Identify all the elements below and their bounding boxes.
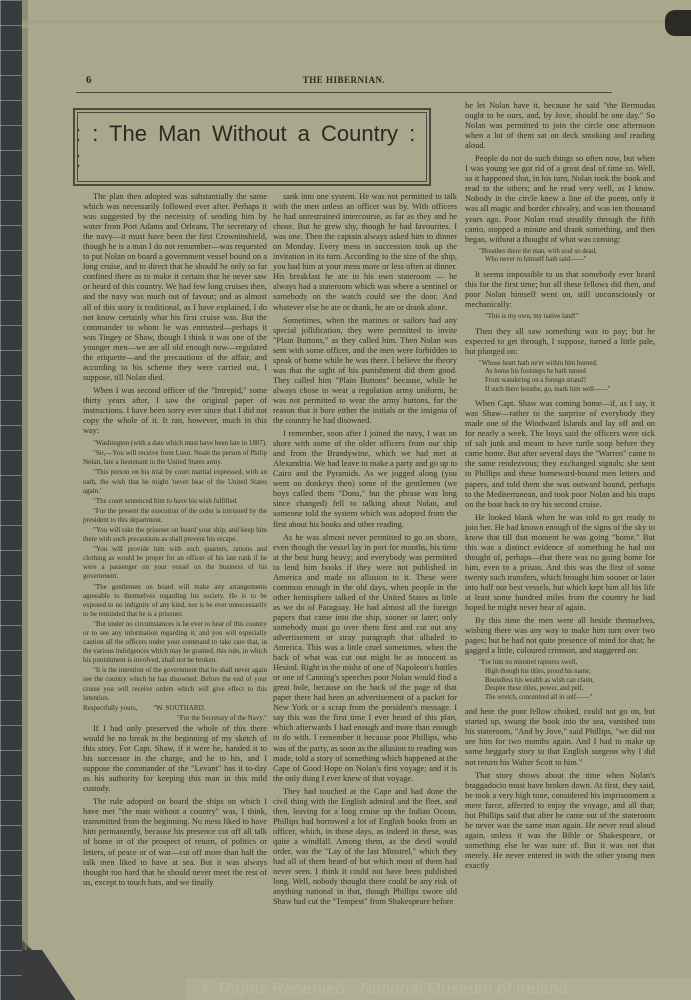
paragraph: I remember, soon after I joined the navy… <box>273 429 457 529</box>
paragraph: he let Nolan have it, because he said "t… <box>465 101 655 151</box>
column-2: sank into one system. He was not permitt… <box>273 192 457 910</box>
paragraph: He looked blank when he was told to get … <box>465 513 655 613</box>
verse-line: Boundless his wealth as wish can claim, <box>479 677 655 686</box>
page-binding-edge <box>22 0 28 950</box>
paragraph: sank into one system. He was not permitt… <box>273 192 457 313</box>
paragraph: By this time the men were all beside the… <box>465 616 655 656</box>
letter-date: "Washington (with a date which must have… <box>83 439 267 448</box>
article-title-box: : : The Man Without a Country : : <box>73 108 431 186</box>
letter-signature-title: "For the Secretary of the Navy." <box>83 714 267 723</box>
paragraph: and here the poor fellow choked, could n… <box>465 707 655 767</box>
verse-quote: "Whose heart hath ne'er within him burne… <box>479 360 655 394</box>
column-1: The plan then adopted was substantially … <box>83 192 267 891</box>
paragraph: Sometimes, when the marines or sailors h… <box>273 316 457 427</box>
letter-paragraph: "You will take the prisoner on board you… <box>83 526 267 544</box>
letter-paragraph: "The court sentenced him to have his wis… <box>83 497 267 506</box>
verse-line: If such there breathe, go, mark him well… <box>479 386 655 395</box>
verse-line: Who never to himself hath said——" <box>479 256 655 265</box>
publication-title: THE HIBERNIAN. <box>76 75 612 85</box>
running-header: 6 THE HIBERNIAN. <box>76 72 612 93</box>
paragraph: If I had only preserved the whole of thi… <box>83 724 267 794</box>
paragraph: It seems impossible to us that somebody … <box>465 270 655 310</box>
paragraph: Then they all saw something was to pay; … <box>465 327 655 357</box>
verse-line: The wretch, concentred all in self——" <box>479 694 655 703</box>
instructions-letter: "Washington (with a date which must have… <box>83 439 267 723</box>
page-fold <box>22 20 691 28</box>
paragraph: They had touched at the Cape and had don… <box>273 787 457 908</box>
letter-paragraph: "For the present the execution of the or… <box>83 507 267 525</box>
paragraph: When Capt. Shaw was coming home—if, as I… <box>465 399 655 510</box>
letter-paragraph: "You will provide him with such quarters… <box>83 545 267 581</box>
verse-line: "Breathes there the man, with soul so de… <box>479 248 655 257</box>
letter-paragraph: "It is the intention of the government t… <box>83 666 267 702</box>
verse-line: High though his titles, proud his name, <box>479 668 655 677</box>
verse-line: Despite these titles, power, and pelf, <box>479 685 655 694</box>
letter-signature: "W. SOUTHARD. <box>153 704 205 712</box>
paragraph: That story shows about the time when Nol… <box>465 771 655 871</box>
column-3: he let Nolan have it, because he said "t… <box>465 101 655 874</box>
letter-closing: Respectfully yours, "W. SOUTHARD. <box>83 704 267 713</box>
letter-paragraph: "This person on his trial by court marti… <box>83 468 267 495</box>
verse-line: "Whose heart hath ne'er within him burne… <box>479 360 655 369</box>
article-title: : : The Man Without a Country : : <box>75 121 429 173</box>
letter-paragraph: "But under no circumstances is he ever t… <box>83 620 267 665</box>
paragraph: The plan then adopted was substantially … <box>83 192 267 383</box>
letter-paragraph: "The gentlemen on board will make any ar… <box>83 583 267 619</box>
verse-quote: "This is my own, my native land!" <box>479 313 655 322</box>
verse-quote: "Breathes there the man, with soul so de… <box>479 248 655 265</box>
paragraph: When I was second officer of the "Intrep… <box>83 386 267 436</box>
paragraph: The rule adopted on board the ships on w… <box>83 797 267 887</box>
verse-line: "This is my own, my native land!" <box>479 313 655 322</box>
copyright-watermark: © Rights Reserved - National Museum of I… <box>186 978 691 1000</box>
page-tab-fragment <box>665 10 691 36</box>
verse-quote: "For him no minstrel raptures swell, Hig… <box>479 659 655 702</box>
letter-paragraph: "Sir,—You will receive from Lieut. Neale… <box>83 449 267 467</box>
verse-line: "For him no minstrel raptures swell, <box>479 659 655 668</box>
verse-line: As home his footsteps he hath turned <box>479 368 655 377</box>
verse-line: From wandering on a foreign strand? <box>479 377 655 386</box>
paragraph: People do not do such things so often no… <box>465 154 655 244</box>
paragraph: As he was almost never permitted to go o… <box>273 533 457 784</box>
